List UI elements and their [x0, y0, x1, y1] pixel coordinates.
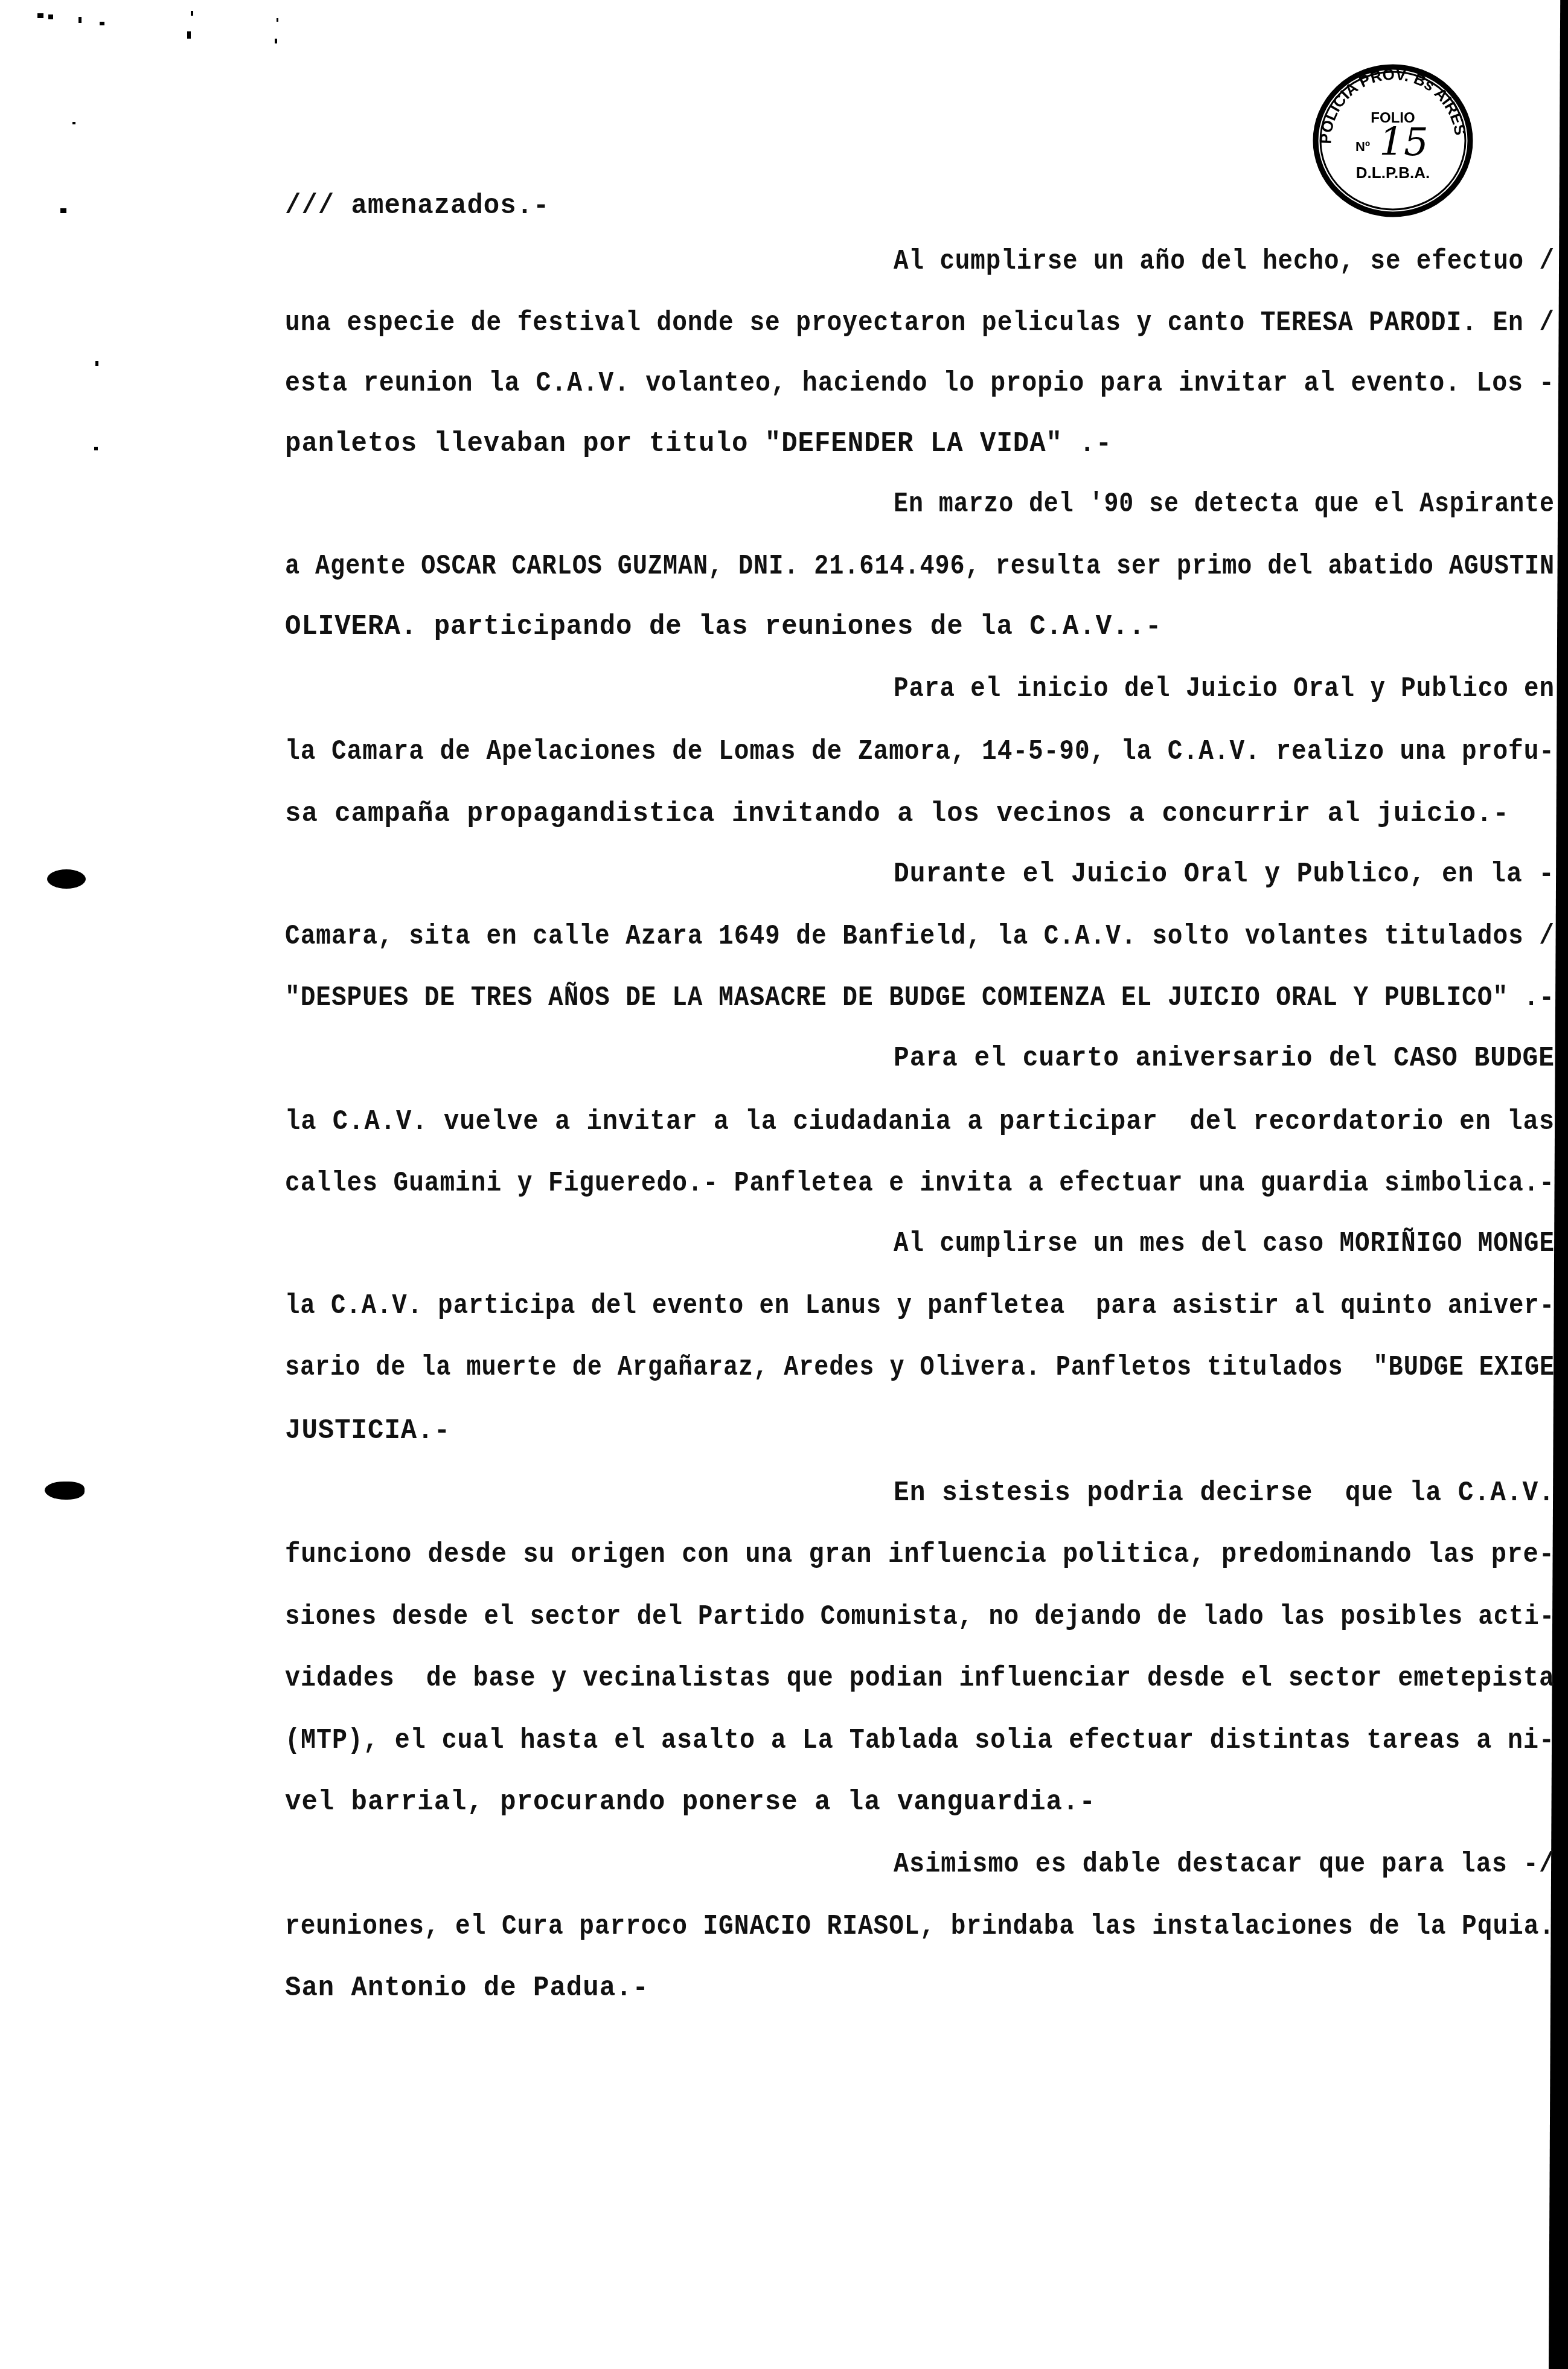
text-line: la C.A.V. vuelve a invitar a la ciudadan…: [285, 1108, 1555, 1136]
text-line: vel barrial, procurando ponerse a la van…: [285, 1788, 1096, 1816]
text-line: reuniones, el Cura parroco IGNACIO RIASO…: [285, 1913, 1555, 1940]
stamp-folio-number: 15: [1379, 120, 1428, 165]
scan-speck: [275, 39, 277, 43]
paragraph-first-line: Para el inicio del Juicio Oral y Publico…: [894, 675, 1555, 703]
document-page: POLICIA PROV. Bs AIRES FOLIO Nº 15 D.L.P…: [0, 0, 1568, 2369]
scan-speck: [78, 17, 82, 23]
text-line: "DESPUES DE TRES AÑOS DE LA MASACRE DE B…: [285, 984, 1555, 1012]
text-line: Camara, sita en calle Azara 1649 de Banf…: [285, 922, 1555, 950]
stamp-footer: D.L.P.B.A.: [1356, 164, 1430, 182]
scan-speck: [100, 22, 104, 25]
text-line: sario de la muerte de Argañaraz, Aredes …: [285, 1354, 1555, 1381]
text-line: la Camara de Apelaciones de Lomas de Zam…: [285, 738, 1555, 766]
paragraph-first-line: Durante el Juicio Oral y Publico, en la …: [894, 860, 1555, 888]
text-line: esta reunion la C.A.V. volanteo, haciend…: [285, 369, 1555, 397]
text-line: la C.A.V. participa del evento en Lanus …: [285, 1292, 1555, 1320]
text-line: JUSTICIA.-: [285, 1417, 450, 1445]
text-line: una especie de festival donde se proyect…: [285, 309, 1555, 337]
text-line: funciono desde su origen con una gran in…: [285, 1541, 1555, 1568]
folio-stamp: POLICIA PROV. Bs AIRES FOLIO Nº 15 D.L.P…: [1307, 57, 1479, 220]
scan-speck: [95, 361, 98, 366]
paragraph-first-line: En sistesis podria decirse que la C.A.V.: [894, 1479, 1555, 1507]
scan-speck: [72, 122, 75, 124]
paragraph-first-line: Asimismo es dable destacar que para las …: [894, 1850, 1555, 1878]
scan-speck: [60, 208, 66, 213]
text-line: sa campaña propagandistica invitando a l…: [285, 800, 1509, 828]
scan-speck: [37, 13, 43, 18]
text-line: panletos llevaban por titulo "DEFENDER L…: [285, 430, 1112, 458]
paragraph-first-line: En marzo del '90 se detecta que el Aspir…: [894, 490, 1555, 518]
text-line: San Antonio de Padua.-: [285, 1974, 649, 2002]
stamp-seal-icon: POLICIA PROV. Bs AIRES FOLIO Nº 15 D.L.P…: [1307, 57, 1479, 220]
paragraph-first-line: Al cumplirse un año del hecho, se efectu…: [894, 248, 1555, 275]
scan-speck: [277, 18, 278, 22]
text-line: siones desde el sector del Partido Comun…: [285, 1603, 1555, 1631]
paragraph-first-line: Al cumplirse un mes del caso MORIÑIGO MO…: [894, 1230, 1555, 1258]
scan-speck: [187, 31, 191, 39]
paragraph-first-line: Para el cuarto aniversario del CASO BUDG…: [894, 1044, 1555, 1072]
text-line: (MTP), el cual hasta el asalto a La Tabl…: [285, 1727, 1555, 1754]
punch-hole-bottom: [45, 1482, 85, 1500]
text-line: calles Guamini y Figueredo.- Panfletea e…: [285, 1169, 1555, 1197]
text-line: a Agente OSCAR CARLOS GUZMAN, DNI. 21.61…: [285, 552, 1555, 580]
scan-speck: [48, 14, 53, 19]
text-line: vidades de base y vecinalistas que podia…: [285, 1664, 1555, 1692]
stamp-number-prefix: Nº: [1355, 139, 1370, 154]
text-line: OLIVERA. participando de las reuniones d…: [285, 613, 1162, 641]
scan-speck: [191, 11, 193, 16]
scan-speck: [94, 447, 98, 450]
text-line: /// amenazados.-: [285, 192, 549, 220]
punch-hole-top: [47, 869, 86, 889]
